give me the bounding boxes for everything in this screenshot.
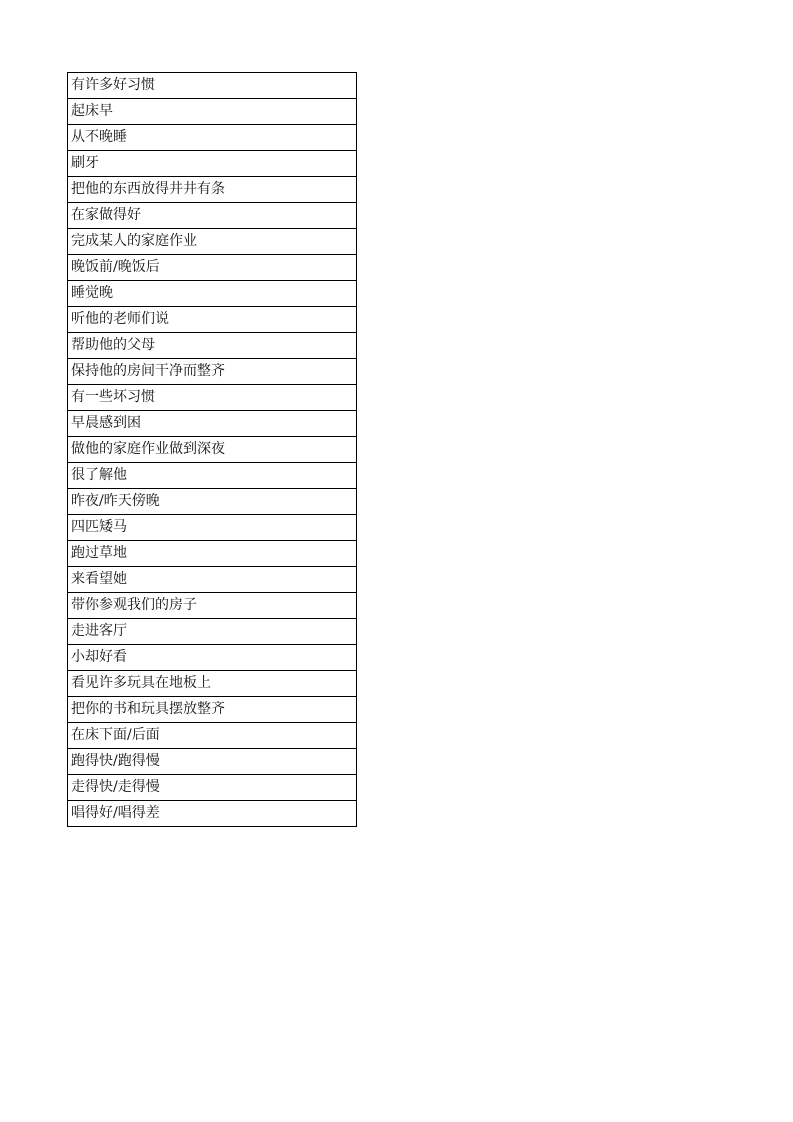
table-row: 小却好看 bbox=[68, 645, 357, 671]
table-cell: 帮助他的父母 bbox=[68, 333, 357, 359]
table-cell: 保持他的房间干净而整齐 bbox=[68, 359, 357, 385]
table-cell: 四匹矮马 bbox=[68, 515, 357, 541]
table-row: 有许多好习惯 bbox=[68, 73, 357, 99]
table-cell: 在床下面/后面 bbox=[68, 723, 357, 749]
table-row: 保持他的房间干净而整齐 bbox=[68, 359, 357, 385]
table-cell: 小却好看 bbox=[68, 645, 357, 671]
table-cell: 走进客厅 bbox=[68, 619, 357, 645]
table-row: 刷牙 bbox=[68, 151, 357, 177]
table-cell: 刷牙 bbox=[68, 151, 357, 177]
table-cell: 有一些坏习惯 bbox=[68, 385, 357, 411]
table-row: 在家做得好 bbox=[68, 203, 357, 229]
table-row: 跑得快/跑得慢 bbox=[68, 749, 357, 775]
table-cell: 完成某人的家庭作业 bbox=[68, 229, 357, 255]
table-row: 听他的老师们说 bbox=[68, 307, 357, 333]
table-row: 晚饭前/晚饭后 bbox=[68, 255, 357, 281]
table-cell: 走得快/走得慢 bbox=[68, 775, 357, 801]
table-row: 做他的家庭作业做到深夜 bbox=[68, 437, 357, 463]
table-row: 昨夜/昨天傍晚 bbox=[68, 489, 357, 515]
table-row: 跑过草地 bbox=[68, 541, 357, 567]
table-cell: 来看望她 bbox=[68, 567, 357, 593]
table-cell: 起床早 bbox=[68, 99, 357, 125]
table-row: 帮助他的父母 bbox=[68, 333, 357, 359]
table-row: 把他的东西放得井井有条 bbox=[68, 177, 357, 203]
table-cell: 带你参观我们的房子 bbox=[68, 593, 357, 619]
table-row: 在床下面/后面 bbox=[68, 723, 357, 749]
table-cell: 听他的老师们说 bbox=[68, 307, 357, 333]
table-row: 唱得好/唱得差 bbox=[68, 801, 357, 827]
phrase-table: 有许多好习惯 起床早 从不晚睡 刷牙 把他的东西放得井井有条 在家做得好 完成某… bbox=[67, 72, 357, 827]
table-row: 睡觉晚 bbox=[68, 281, 357, 307]
table-row: 看见许多玩具在地板上 bbox=[68, 671, 357, 697]
table-row: 带你参观我们的房子 bbox=[68, 593, 357, 619]
table-cell: 看见许多玩具在地板上 bbox=[68, 671, 357, 697]
table-row: 起床早 bbox=[68, 99, 357, 125]
table-row: 走进客厅 bbox=[68, 619, 357, 645]
table-row: 来看望她 bbox=[68, 567, 357, 593]
table-row: 四匹矮马 bbox=[68, 515, 357, 541]
table-row: 把你的书和玩具摆放整齐 bbox=[68, 697, 357, 723]
phrase-table-body: 有许多好习惯 起床早 从不晚睡 刷牙 把他的东西放得井井有条 在家做得好 完成某… bbox=[68, 73, 357, 827]
table-row: 从不晚睡 bbox=[68, 125, 357, 151]
table-cell: 早晨感到困 bbox=[68, 411, 357, 437]
table-cell: 跑过草地 bbox=[68, 541, 357, 567]
table-cell: 有许多好习惯 bbox=[68, 73, 357, 99]
table-cell: 昨夜/昨天傍晚 bbox=[68, 489, 357, 515]
table-row: 完成某人的家庭作业 bbox=[68, 229, 357, 255]
table-cell: 跑得快/跑得慢 bbox=[68, 749, 357, 775]
table-row: 走得快/走得慢 bbox=[68, 775, 357, 801]
table-cell: 从不晚睡 bbox=[68, 125, 357, 151]
table-cell: 把你的书和玩具摆放整齐 bbox=[68, 697, 357, 723]
table-cell: 唱得好/唱得差 bbox=[68, 801, 357, 827]
table-cell: 睡觉晚 bbox=[68, 281, 357, 307]
table-row: 有一些坏习惯 bbox=[68, 385, 357, 411]
table-row: 很了解他 bbox=[68, 463, 357, 489]
table-cell: 晚饭前/晚饭后 bbox=[68, 255, 357, 281]
table-cell: 把他的东西放得井井有条 bbox=[68, 177, 357, 203]
table-row: 早晨感到困 bbox=[68, 411, 357, 437]
table-cell: 很了解他 bbox=[68, 463, 357, 489]
table-cell: 在家做得好 bbox=[68, 203, 357, 229]
table-cell: 做他的家庭作业做到深夜 bbox=[68, 437, 357, 463]
